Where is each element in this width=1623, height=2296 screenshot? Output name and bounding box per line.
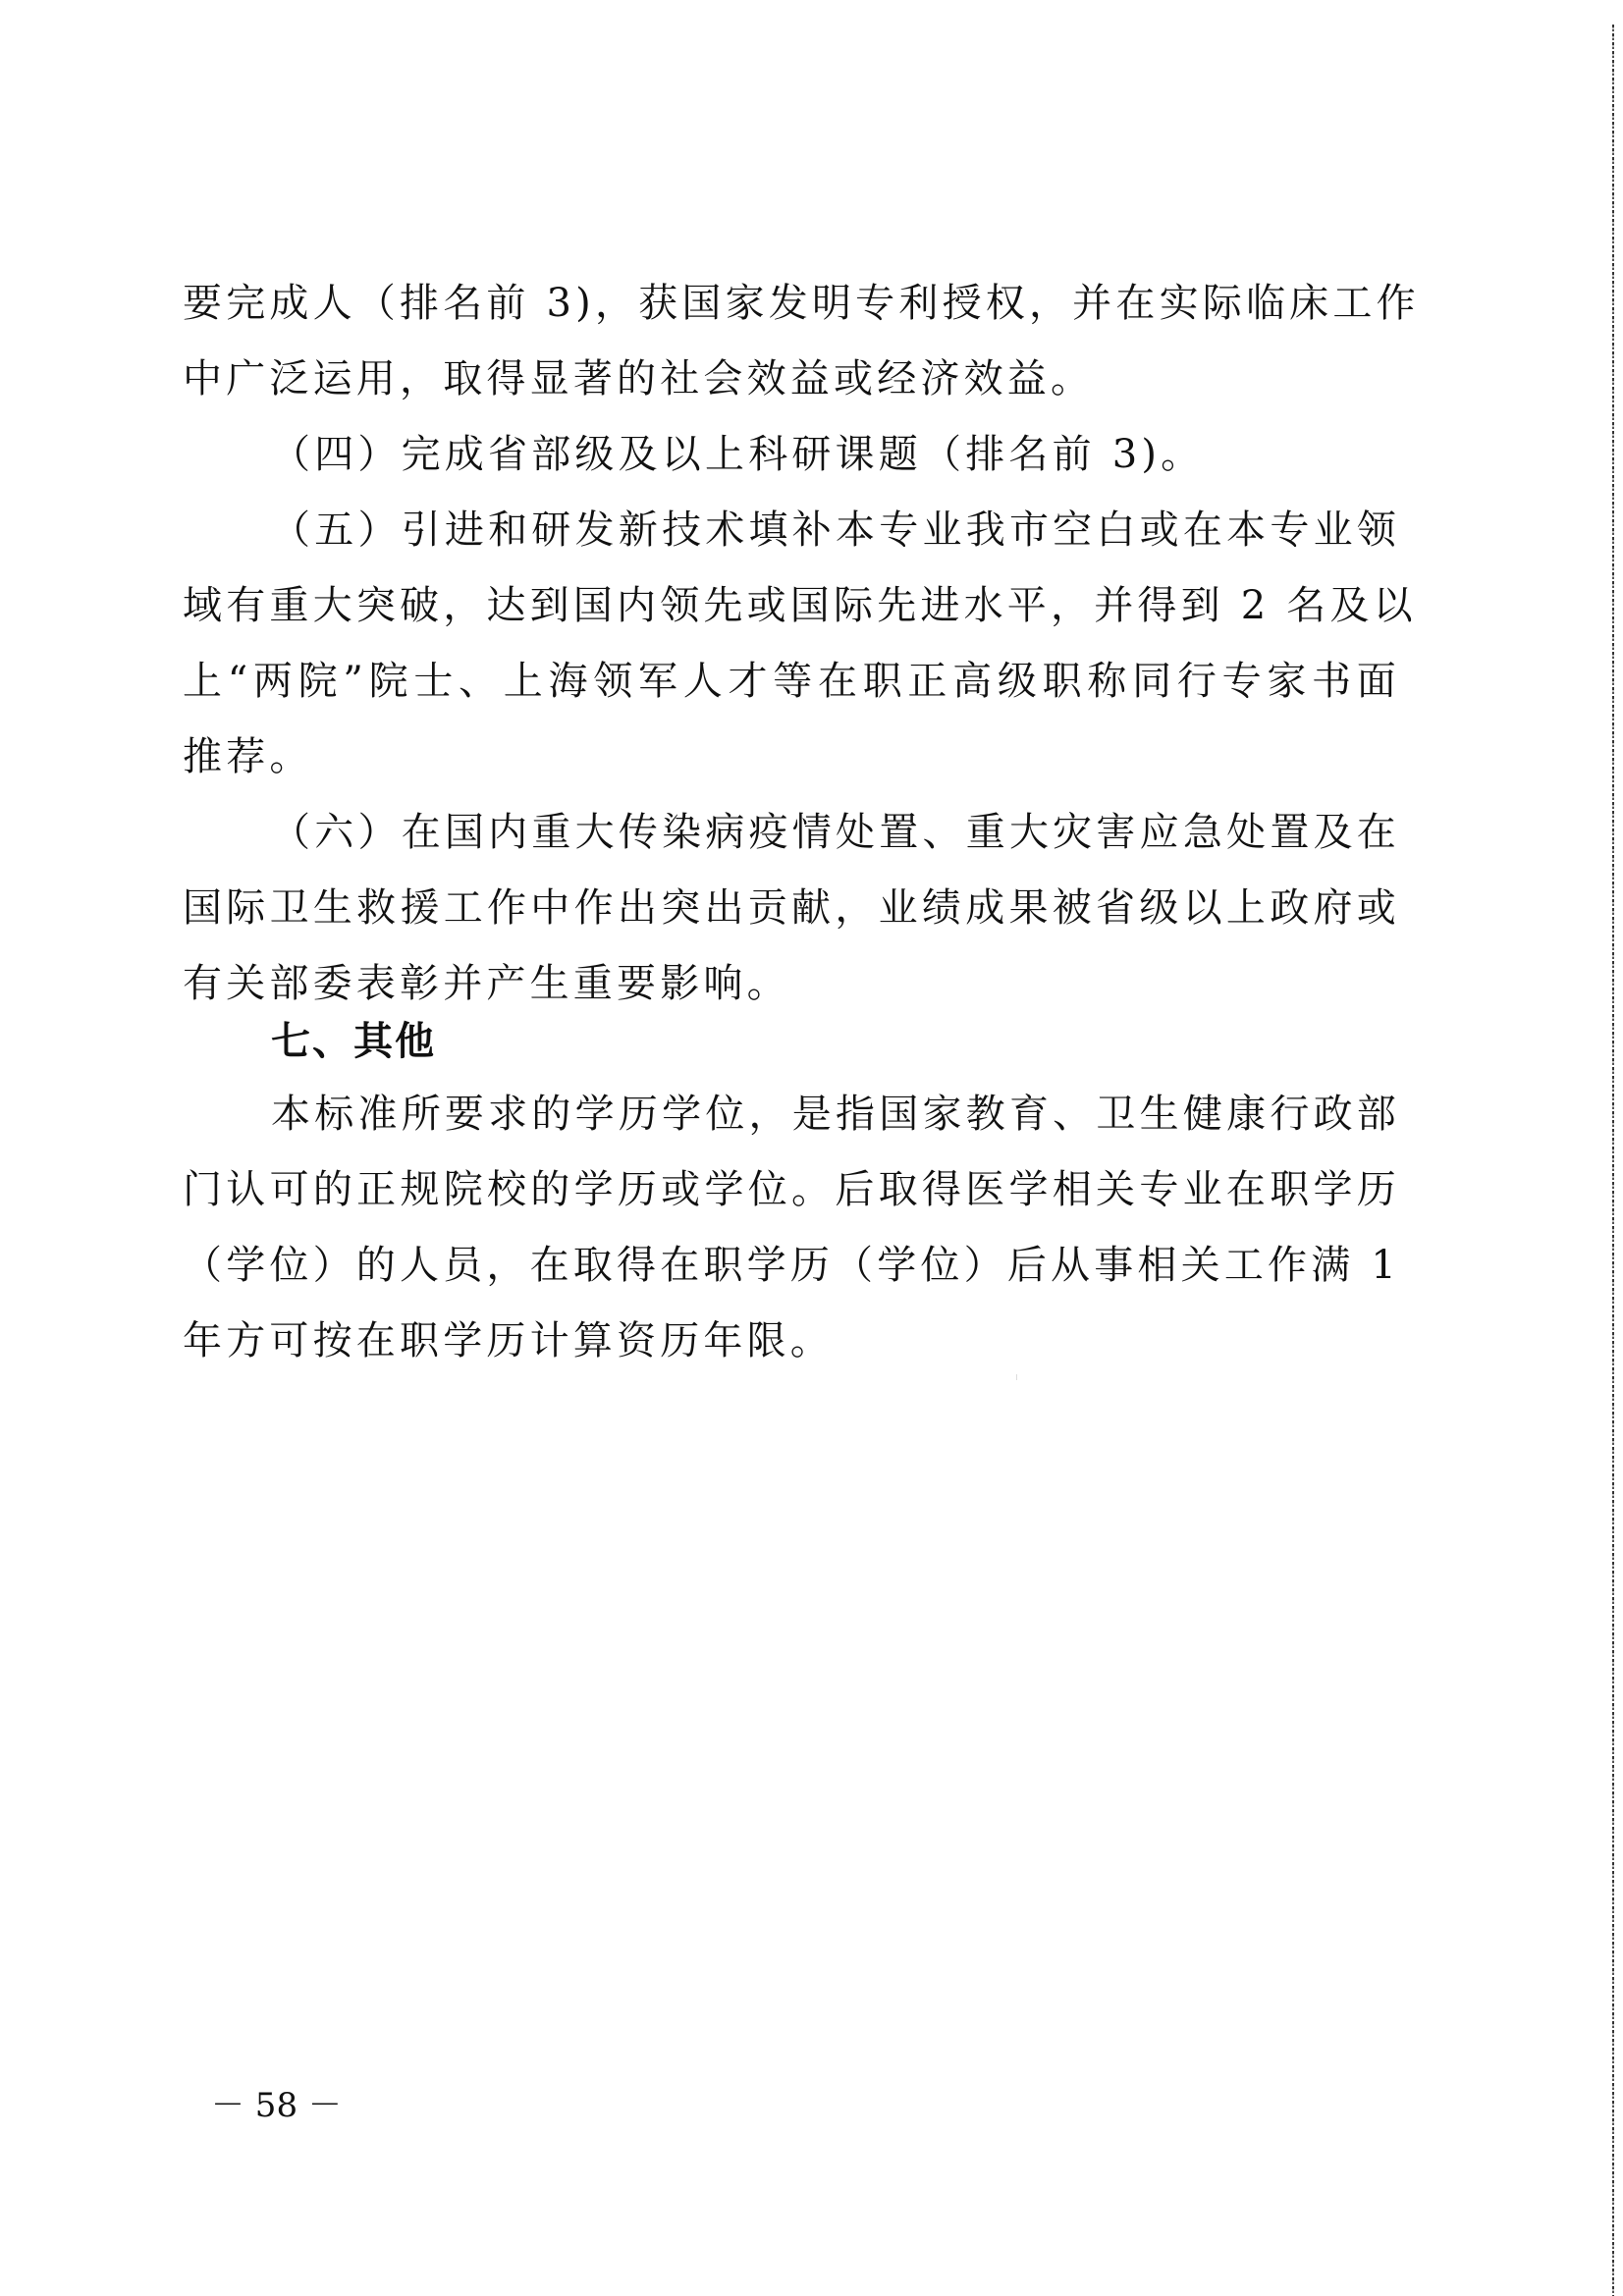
paragraph-line: 门认可的正规院校的学历或学位。后取得医学相关专业在职学历 — [183, 1167, 1400, 1212]
page-number: － 58 － — [211, 2086, 342, 2125]
paragraph-line: （学位）的人员，在取得在职学历（学位）后从事相关工作满 1 — [183, 1243, 1400, 1288]
paragraph-line: 中广泛运用，取得显著的社会效益或经济效益。 — [183, 356, 1400, 401]
scan-edge-line — [1612, 25, 1614, 2296]
paragraph-line: 国际卫生救援工作中作出突出贡献，业绩成果被省级以上政府或 — [183, 885, 1400, 931]
paragraph-line: 有关部委表彰并产生重要影响。 — [183, 961, 1400, 1006]
paragraph-line: 要完成人（排名前 3)，获国家发明专利授权，并在实际临床工作 — [183, 281, 1400, 326]
paragraph-line: 域有重大突破，达到国内领先或国际先进水平，并得到 2 名及以 — [183, 583, 1400, 628]
paragraph-line: 年方可按在职学历计算资历年限。 — [183, 1318, 1400, 1363]
paragraph-line: （四）完成省部级及以上科研课题（排名前 3)。 — [271, 432, 1400, 477]
paragraph-line: 上“两院”院士、上海领军人才等在职正高级职称同行专家书面 — [183, 659, 1400, 704]
paragraph-line: （六）在国内重大传染病疫情处置、重大灾害应急处置及在 — [271, 810, 1400, 855]
paragraph-line: 本标准所要求的学历学位，是指国家教育、卫生健康行政部 — [271, 1092, 1400, 1137]
paragraph-line: （五）引进和研发新技术填补本专业我市空白或在本专业领 — [271, 507, 1400, 553]
scan-speck — [1016, 1374, 1017, 1380]
section-heading: 七、其他 — [271, 1019, 1400, 1064]
paragraph-line: 推荐。 — [183, 734, 1400, 779]
